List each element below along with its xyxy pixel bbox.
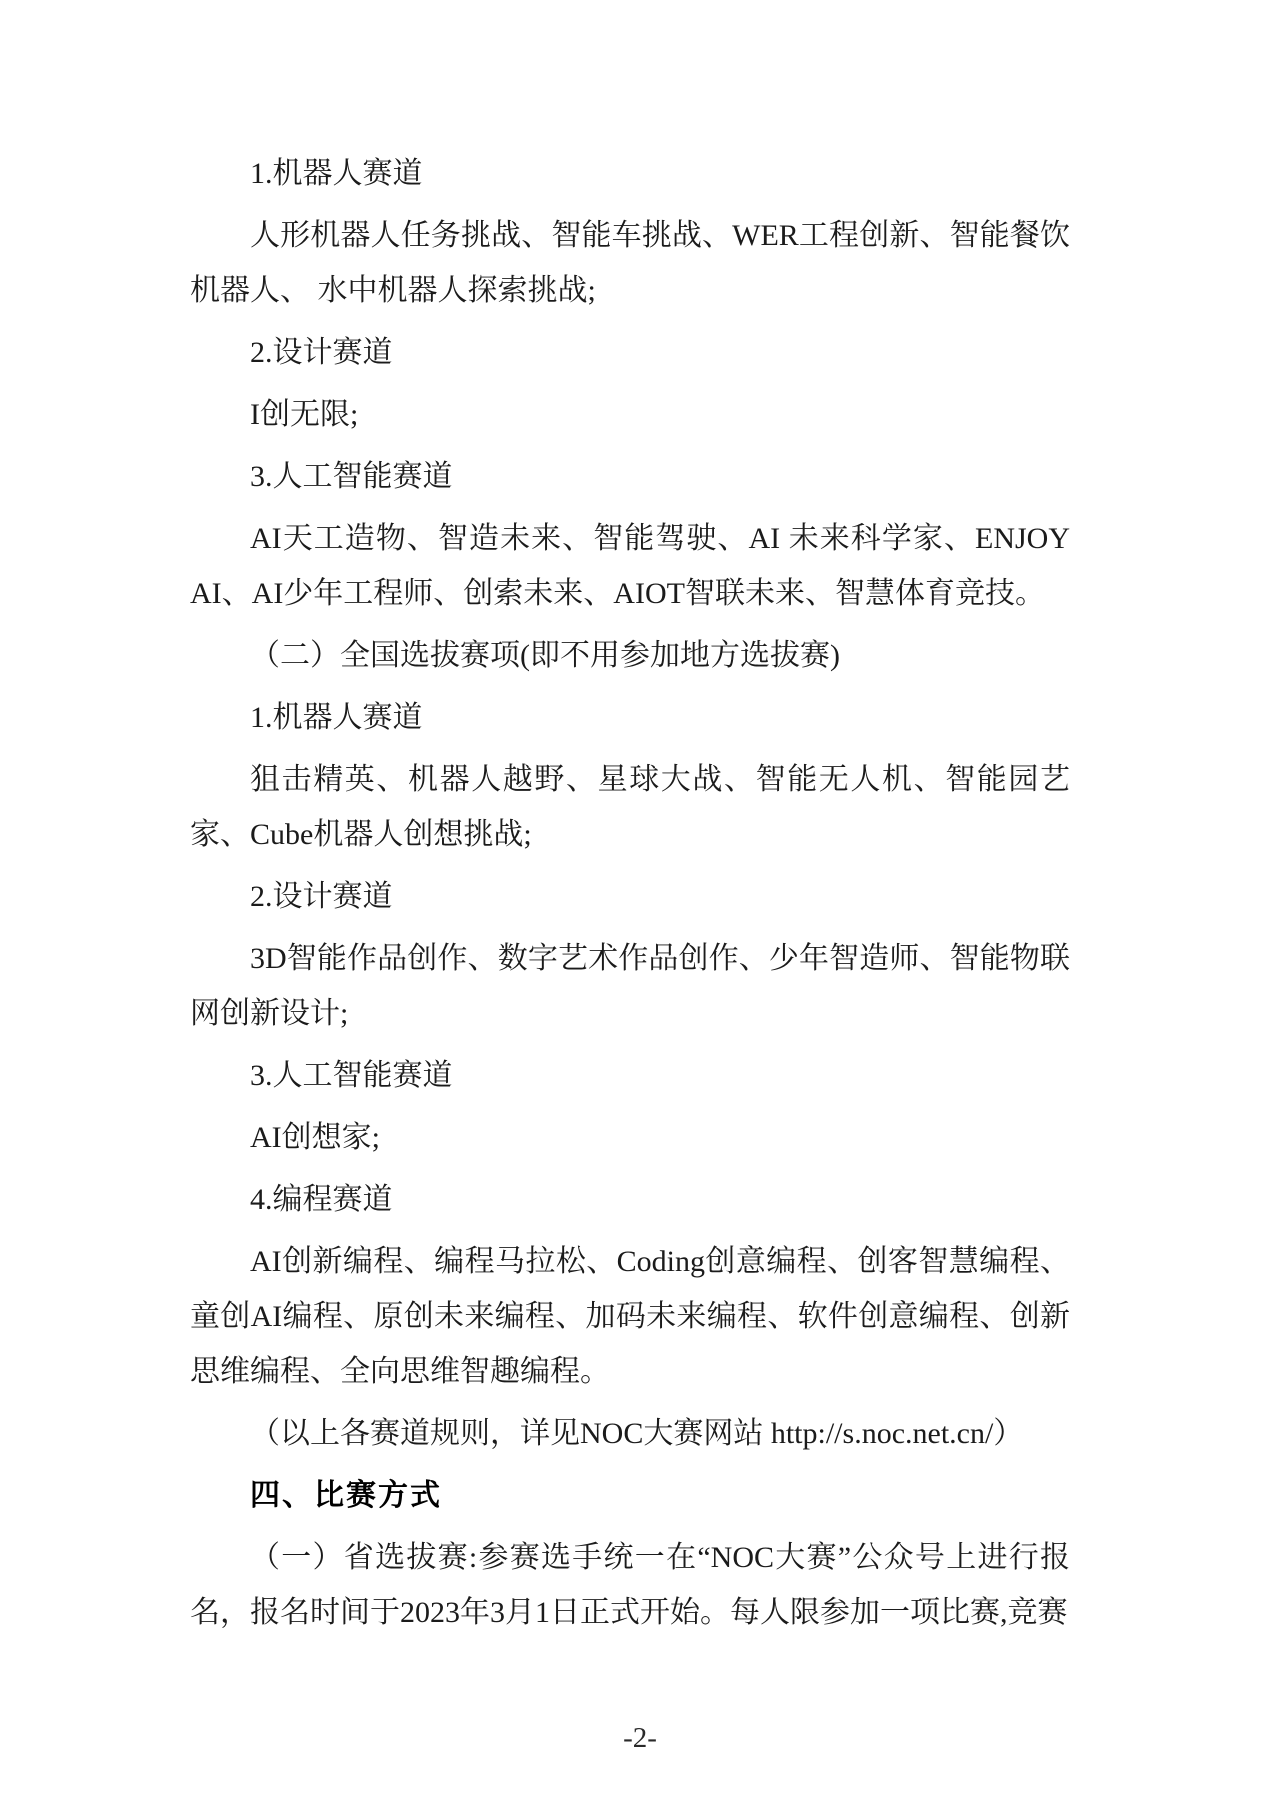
paragraph: AI创想家; — [190, 1110, 1070, 1165]
paragraph: 2.设计赛道 — [190, 325, 1070, 380]
paragraph: 2.设计赛道 — [190, 869, 1070, 924]
paragraph: 1.机器人赛道 — [190, 146, 1070, 201]
paragraph: 1.机器人赛道 — [190, 690, 1070, 745]
paragraph: 3.人工智能赛道 — [190, 449, 1070, 504]
paragraph: I创无限; — [190, 387, 1070, 442]
page-number: -2- — [0, 1722, 1280, 1755]
paragraph: 3D智能作品创作、数字艺术作品创作、少年智造师、智能物联网创新设计; — [190, 931, 1070, 1041]
document-body: 1.机器人赛道 人形机器人任务挑战、智能车挑战、WER工程创新、智能餐饮机器人、… — [190, 146, 1070, 1647]
paragraph: 人形机器人任务挑战、智能车挑战、WER工程创新、智能餐饮机器人、 水中机器人探索… — [190, 208, 1070, 318]
paragraph: AI创新编程、编程马拉松、Coding创意编程、创客智慧编程、童创AI编程、原创… — [190, 1234, 1070, 1399]
paragraph: 4.编程赛道 — [190, 1172, 1070, 1227]
paragraph: （二）全国选拔赛项(即不用参加地方选拔赛) — [190, 628, 1070, 683]
section-heading-competition-method: 四、比赛方式 — [190, 1468, 1070, 1523]
paragraph: （以上各赛道规则，详见NOC大赛网站 http://s.noc.net.cn/） — [190, 1406, 1070, 1461]
paragraph: （一）省选拔赛:参赛选手统一在“NOC大赛”公众号上进行报名，报名时间于2023… — [190, 1530, 1070, 1640]
paragraph: 3.人工智能赛道 — [190, 1048, 1070, 1103]
document-page: 1.机器人赛道 人形机器人任务挑战、智能车挑战、WER工程创新、智能餐饮机器人、… — [0, 0, 1280, 1810]
paragraph: 狙击精英、机器人越野、星球大战、智能无人机、智能园艺家、Cube机器人创想挑战; — [190, 752, 1070, 862]
paragraph: AI天工造物、智造未来、智能驾驶、AI 未来科学家、ENJOY AI、AI少年工… — [190, 511, 1070, 621]
